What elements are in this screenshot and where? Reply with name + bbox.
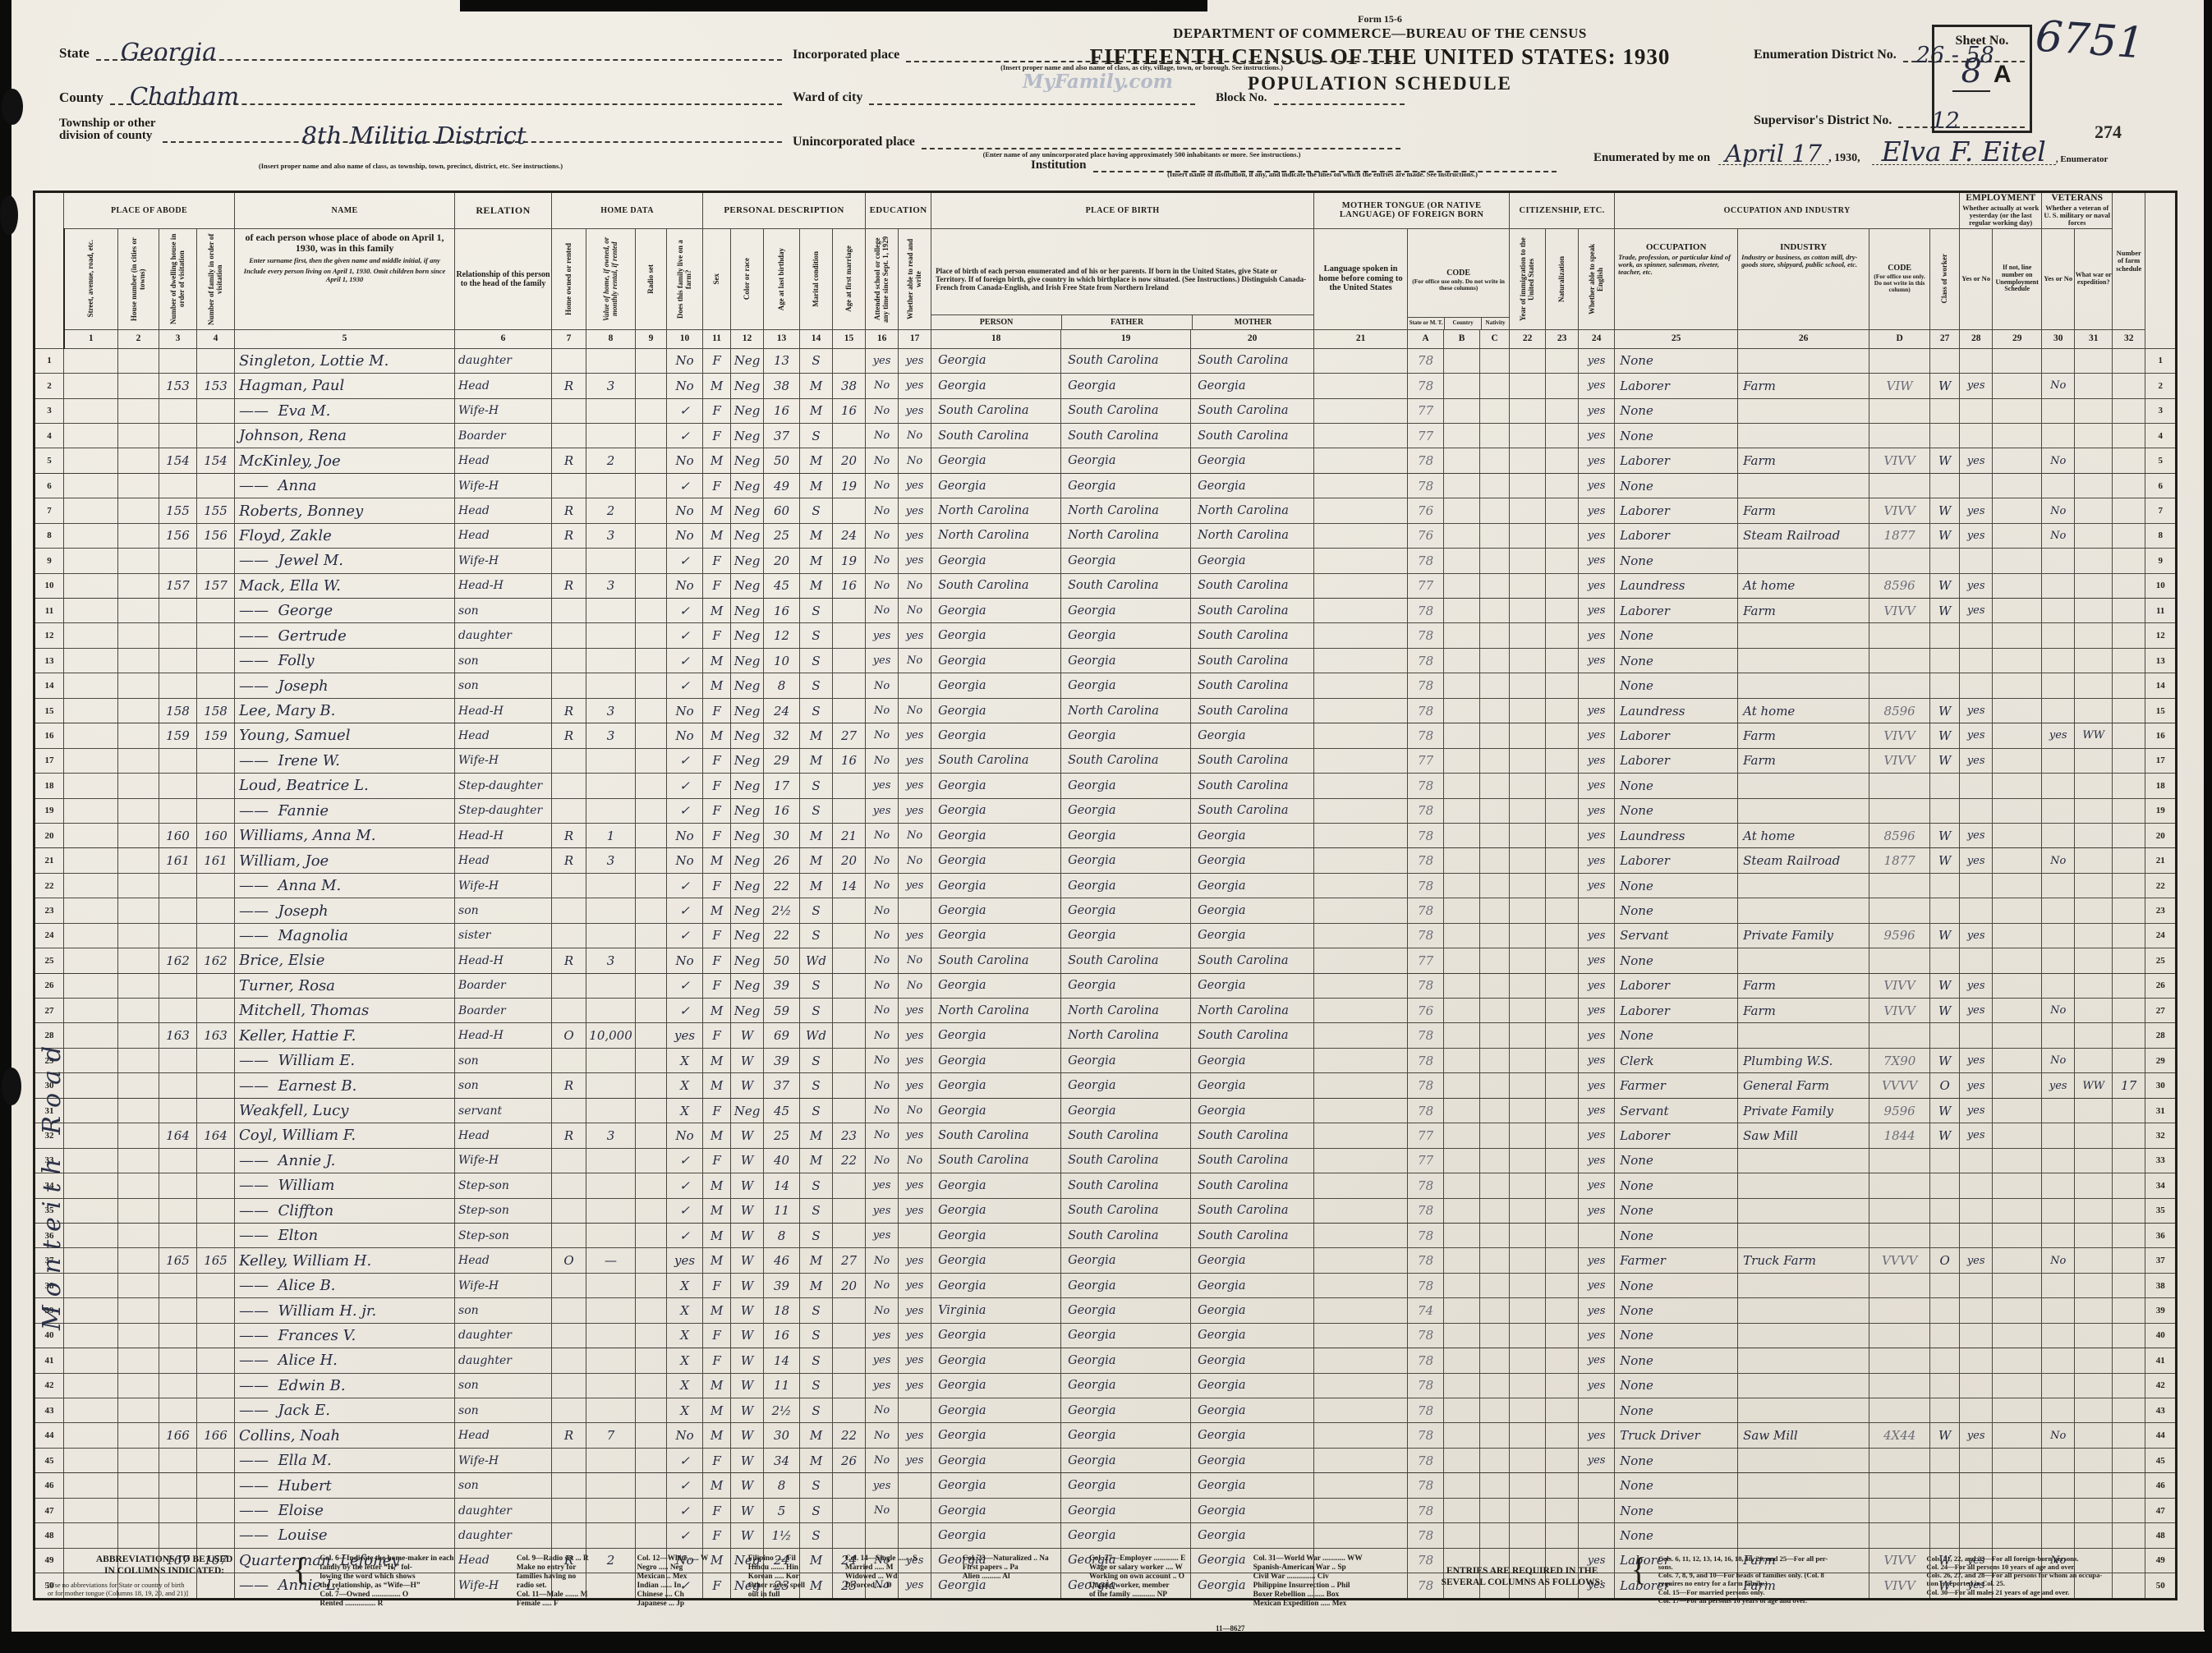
cell-age: 16 [764,599,800,623]
cell-naturalization [1546,1123,1579,1148]
cell-immigration-year [1510,1098,1546,1123]
cell-speak-english: yes [1579,1273,1615,1297]
col-dwelling-number: Number of dwelling house in order of vis… [159,228,197,329]
cell-code-nativity [1480,1048,1510,1072]
cell-school: No [866,848,899,873]
cell-marital: M [800,523,833,548]
cell-at-work: yes [1960,1073,1993,1098]
cell-relation: Head [455,1423,552,1448]
cell-unemployment-line [1993,1198,2042,1223]
cell-language [1314,498,1408,523]
cell-relation: son [455,898,552,923]
cell-line-number-right: 30 [2145,1073,2177,1098]
cell-relation: Head-H [455,948,552,973]
cell-unemployment-line [1993,1173,2042,1198]
cell-relation: Head-H [455,823,552,847]
cell-at-work: yes [1960,698,1993,723]
cell-speak-english [1579,673,1615,698]
table-row: 36 —— Elton Step-son ✓ M W 8 S yes Georg… [34,1223,2177,1247]
cell-code-country [1444,498,1480,523]
col-code-nativity: Nativity [1481,318,1509,329]
cell-line-number-right: 31 [2145,1098,2177,1123]
cell-veteran [2042,1173,2075,1198]
cell-occupation: Farmer [1615,1073,1738,1098]
cell-age: 24 [764,698,800,723]
cell-race: Neg [731,898,764,923]
cell-line-number-right: 15 [2145,698,2177,723]
cell-house-number [118,1248,159,1273]
cell-birthplace: Georgia [931,1023,1061,1048]
col-birth-mother: MOTHER [1192,315,1313,329]
cell-radio [636,623,667,648]
cell-naturalization [1546,1373,1579,1398]
cell-sex: F [703,1498,731,1522]
cell-house-number [118,1173,159,1198]
cell-farm-schedule [2113,549,2145,573]
cell-relation: Boarder [455,973,552,998]
cell-occupation: Truck Driver [1615,1423,1738,1448]
cell-code-state: 78 [1408,923,1444,948]
cell-veteran-war [2075,1323,2113,1348]
cell-birthplace: Georgia [931,1498,1061,1522]
cell-race: W [731,1273,764,1297]
cell-line-number-left: 6 [34,473,64,498]
group-name: NAME [235,192,455,229]
cell-read-write: yes [899,523,931,548]
cell-speak-english [1579,1473,1615,1498]
cell-veteran [2042,1523,2075,1548]
scan-edge-bottom [0,1632,2212,1653]
cell-code-country [1444,1073,1480,1098]
cell-line-number-left: 3 [34,398,64,423]
cell-line-number-right: 23 [2145,898,2177,923]
cell-family-number [197,973,235,998]
cell-birthplace: Georgia [931,1173,1061,1198]
cell-immigration-year [1510,498,1546,523]
cell-language [1314,448,1408,473]
cell-farm-schedule [2113,374,2145,398]
cell-immigration-year [1510,473,1546,498]
cell-school: No [866,549,899,573]
cell-marital: M [800,473,833,498]
cell-occupation: Laborer [1615,999,1738,1023]
cell-class-of-worker [1930,1298,1960,1323]
cell-mother-birthplace: South Carolina [1191,774,1314,798]
cell-farm-schedule [2113,1373,2145,1398]
cell-sex: M [703,498,731,523]
cell-class-of-worker: W [1930,823,1960,847]
cell-family-number [197,923,235,948]
cell-age: 37 [764,1073,800,1098]
cell-at-work: yes [1960,1248,1993,1273]
cell-code-nativity [1480,898,1510,923]
cell-birthplace: Georgia [931,1248,1061,1273]
cell-marital: M [800,1123,833,1148]
cell-class-of-worker [1930,648,1960,673]
cell-line-number-left: 19 [34,798,64,823]
cell-occupation-code: 1844 [1869,1123,1930,1148]
cell-street [64,898,118,923]
cell-farm: No [667,948,703,973]
cell-code-nativity [1480,1423,1510,1448]
cell-age: 25 [764,1123,800,1148]
cell-line-number-left: 13 [34,648,64,673]
cell-code-country [1444,1223,1480,1247]
cell-radio [636,473,667,498]
cell-mother-birthplace: Georgia [1191,1248,1314,1273]
cell-birthplace: Georgia [931,599,1061,623]
cell-industry: At home [1738,573,1869,598]
cell-read-write [899,1498,931,1522]
cell-mother-birthplace: Georgia [1191,1073,1314,1098]
institution-note: (Insert name of institution, if any, and… [1092,170,1552,178]
cell-line-number-right: 11 [2145,599,2177,623]
cell-age-married [833,1223,866,1247]
cell-home-value [586,973,636,998]
cell-read-write: yes [899,549,931,573]
cell-dwelling-number: 166 [159,1423,197,1448]
cell-naturalization [1546,1198,1579,1223]
cell-farm-schedule [2113,848,2145,873]
cell-at-work [1960,623,1993,648]
cell-code-nativity [1480,774,1510,798]
cell-veteran [2042,573,2075,598]
cell-name: —— Gertrude [235,623,455,648]
cell-farm: X [667,1298,703,1323]
cell-farm: X [667,1073,703,1098]
cell-industry [1738,348,1869,373]
cell-read-write: No [899,1148,931,1173]
cell-line-number-left: 44 [34,1423,64,1448]
cell-father-birthplace: North Carolina [1061,523,1191,548]
cell-age-married [833,1498,866,1522]
cell-line-number-left: 28 [34,1023,64,1048]
cell-father-birthplace: South Carolina [1061,1198,1191,1223]
cell-unemployment-line [1993,748,2042,773]
cell-industry [1738,1398,1869,1423]
cell-unemployment-line [1993,1448,2042,1472]
cell-occupation-code [1869,1198,1930,1223]
cell-industry [1738,1523,1869,1548]
cell-class-of-worker [1930,798,1960,823]
cell-at-work: yes [1960,823,1993,847]
cell-house-number [118,1423,159,1448]
col-place-of-birth: Place of birth of each person enumerated… [931,228,1314,329]
cell-sex: M [703,374,731,398]
cell-age: 49 [764,473,800,498]
cell-street [64,573,118,598]
cell-age-married [833,1523,866,1548]
cell-occupation: Clerk [1615,1048,1738,1072]
cell-radio [636,1373,667,1398]
col-relation-desc: Relationship of this person to the head … [455,228,552,329]
cell-school: No [866,1023,899,1048]
cell-veteran-war [2075,398,2113,423]
cell-family-number [197,398,235,423]
cell-birthplace: Georgia [931,1348,1061,1373]
cell-marital: S [800,973,833,998]
cell-veteran-war [2075,798,2113,823]
cell-radio [636,1048,667,1072]
cell-code-nativity [1480,1098,1510,1123]
cell-speak-english: yes [1579,1073,1615,1098]
cell-occupation: Laborer [1615,973,1738,998]
cell-read-write [899,673,931,698]
cell-birthplace: Georgia [931,448,1061,473]
cell-read-write: yes [899,999,931,1023]
cell-relation: Head [455,1248,552,1273]
cell-radio [636,1023,667,1048]
cell-marital: S [800,999,833,1023]
cell-home-owned: R [552,498,586,523]
cell-name: —— Jack E. [235,1398,455,1423]
table-row: 19 —— Fannie Step-daughter ✓ F Neg 16 S … [34,798,2177,823]
cell-race: W [731,1473,764,1498]
cell-street [64,1348,118,1373]
cell-language [1314,1373,1408,1398]
cell-sex: M [703,599,731,623]
cell-age-married: 27 [833,1248,866,1273]
line-number-header-right [2145,192,2177,349]
cell-industry [1738,1323,1869,1348]
cell-immigration-year [1510,1148,1546,1173]
cell-age: 8 [764,1473,800,1498]
cell-dwelling-number [159,473,197,498]
cell-house-number [118,1198,159,1223]
cell-code-country [1444,1198,1480,1223]
cell-at-work: yes [1960,448,1993,473]
col-code-country: Country [1444,318,1481,329]
cell-industry: Farm [1738,723,1869,748]
cell-family-number: 162 [197,948,235,973]
cell-home-value: 3 [586,1123,636,1148]
cell-read-write: yes [899,398,931,423]
cell-relation: daughter [455,1523,552,1548]
cell-class-of-worker [1930,898,1960,923]
cell-veteran-war [2075,848,2113,873]
cell-veteran: No [2042,374,2075,398]
cell-occupation: None [1615,1473,1738,1498]
cell-school: No [866,498,899,523]
cell-name: —— Eva M. [235,398,455,423]
cell-radio [636,823,667,847]
col-unemployment-line: If not, line number on Unemployment Sche… [1993,228,2042,329]
cell-father-birthplace: Georgia [1061,448,1191,473]
group-occupation-industry: OCCUPATION AND INDUSTRY [1615,192,1960,229]
cell-code-nativity [1480,1473,1510,1498]
form-number: Form 15-6 [994,13,1766,25]
footer-legend: ABBREVIATIONS TO BE USED IN COLUMNS INDI… [48,1554,2183,1609]
cell-name: —— Magnolia [235,923,455,948]
cell-line-number-right: 35 [2145,1198,2177,1223]
cell-radio [636,1498,667,1522]
cell-farm-schedule [2113,973,2145,998]
cell-occupation: None [1615,673,1738,698]
cell-veteran [2042,1398,2075,1423]
cell-unemployment-line [1993,999,2042,1023]
cell-race: W [731,1448,764,1472]
cell-house-number [118,448,159,473]
cell-language [1314,599,1408,623]
cell-code-state: 76 [1408,523,1444,548]
cell-school: No [866,1423,899,1448]
cell-marital: S [800,1073,833,1098]
cell-street [64,1273,118,1297]
cell-name: —— William H. jr. [235,1298,455,1323]
cell-dwelling-number [159,973,197,998]
group-place-of-birth: PLACE OF BIRTH [931,192,1314,229]
cell-code-state: 78 [1408,1423,1444,1448]
cell-dwelling-number: 164 [159,1123,197,1148]
cell-sex: F [703,923,731,948]
cell-line-number-right: 38 [2145,1273,2177,1297]
cell-street [64,523,118,548]
cell-occupation-code: 4X44 [1869,1423,1930,1448]
cell-name: —— Alice H. [235,1348,455,1373]
cell-unemployment-line [1993,498,2042,523]
cell-home-value [586,348,636,373]
cell-code-state: 76 [1408,999,1444,1023]
cell-language [1314,1498,1408,1522]
cell-occupation: Laborer [1615,523,1738,548]
cell-class-of-worker [1930,1498,1960,1522]
cell-marital: S [800,698,833,723]
cell-sex: M [703,1223,731,1247]
cell-line-number-right: 17 [2145,748,2177,773]
cell-father-birthplace: Georgia [1061,723,1191,748]
table-row: 29 —— William E. son X M W 39 S No yes G… [34,1048,2177,1072]
col-num: 20 [1191,329,1314,348]
handwritten-sheet-stamp: 6751 [2035,17,2145,63]
cell-veteran-war [2075,973,2113,998]
cell-street [64,999,118,1023]
cell-line-number-right: 7 [2145,498,2177,523]
cell-unemployment-line [1993,423,2042,448]
table-row: 2 153 153 Hagman, Paul Head R 3 No M Neg… [34,374,2177,398]
cell-line-number-right: 4 [2145,423,2177,448]
cell-line-number-right: 2 [2145,374,2177,398]
cell-language [1314,398,1408,423]
cell-immigration-year [1510,1123,1546,1148]
block-label: Block No. [1216,92,1267,105]
col-house-number: House number (in cities or towns) [118,228,159,329]
cell-sex: M [703,1123,731,1148]
cell-farm: No [667,448,703,473]
cell-age-married [833,1198,866,1223]
cell-school: No [866,448,899,473]
cell-unemployment-line [1993,648,2042,673]
cell-farm: yes [667,1023,703,1048]
cell-naturalization [1546,623,1579,648]
cell-race: Neg [731,473,764,498]
cell-code-state: 78 [1408,698,1444,723]
cell-street [64,648,118,673]
cell-occupation-code [1869,1298,1930,1323]
cell-dwelling-number [159,1523,197,1548]
col-home-value: Value of home, if owned, or monthly rent… [586,228,636,329]
cell-immigration-year [1510,1373,1546,1398]
cell-line-number-right: 41 [2145,1348,2177,1373]
cell-street [64,1448,118,1472]
cell-sex: F [703,573,731,598]
cell-age-married [833,1323,866,1348]
cell-occupation: None [1615,798,1738,823]
cell-race: Neg [731,423,764,448]
cell-sex: F [703,748,731,773]
cell-sex: M [703,723,731,748]
cell-speak-english: yes [1579,723,1615,748]
cell-code-state: 78 [1408,1198,1444,1223]
cell-read-write: yes [899,623,931,648]
cell-name: —— George [235,599,455,623]
legend-col6: Col. 6—Indicate the home-maker in each f… [320,1554,504,1609]
cell-industry [1738,1198,1869,1223]
cell-immigration-year [1510,1423,1546,1448]
cell-birthplace: Georgia [931,1073,1061,1098]
hole-punch [2,89,23,125]
legend-col12b: Filipino ..... Fil Hindu ....... Hin Kor… [748,1554,834,1600]
cell-farm: ✓ [667,473,703,498]
cell-occupation: None [1615,348,1738,373]
cell-naturalization [1546,1398,1579,1423]
cell-name: Turner, Rosa [235,973,455,998]
cell-mother-birthplace: Georgia [1191,1373,1314,1398]
cell-age-married: 23 [833,1123,866,1148]
cell-name: —— Cliffton [235,1198,455,1223]
cell-farm-schedule [2113,1248,2145,1273]
cell-home-value [586,398,636,423]
col-num: 21 [1314,329,1408,348]
cell-unemployment-line [1993,1398,2042,1423]
cell-speak-english: yes [1579,798,1615,823]
col-num: 14 [800,329,833,348]
cell-veteran [2042,549,2075,573]
cell-sex: M [703,999,731,1023]
table-row: 17 —— Irene W. Wife-H ✓ F Neg 29 M 16 No… [34,748,2177,773]
cell-at-work: yes [1960,1098,1993,1123]
cell-veteran-war [2075,1423,2113,1448]
cell-class-of-worker [1930,1198,1960,1223]
cell-industry: Farm [1738,599,1869,623]
cell-code-country [1444,848,1480,873]
cell-dwelling-number [159,1073,197,1098]
col-street: Street, avenue, road, etc. [64,228,118,329]
cell-relation: son [455,1298,552,1323]
cell-marital: S [800,898,833,923]
cell-occupation: None [1615,774,1738,798]
cell-farm: No [667,573,703,598]
cell-language [1314,623,1408,648]
cell-code-nativity [1480,348,1510,373]
cell-farm: No [667,723,703,748]
cell-mother-birthplace: South Carolina [1191,599,1314,623]
cell-code-state: 78 [1408,348,1444,373]
cell-relation: daughter [455,623,552,648]
cell-father-birthplace: South Carolina [1061,948,1191,973]
cell-school: No [866,1398,899,1423]
cell-occupation-code [1869,423,1930,448]
cell-veteran [2042,1198,2075,1223]
cell-veteran-war [2075,1198,2113,1223]
cell-at-work: yes [1960,748,1993,773]
table-row: 21 161 161 William, Joe Head R 3 No M Ne… [34,848,2177,873]
cell-code-country [1444,1123,1480,1148]
col-read-write: Whether able to read and write [899,228,931,329]
cell-street [64,923,118,948]
cell-school: No [866,1148,899,1173]
table-row: 44 166 166 Collins, Noah Head R 7 No M W… [34,1423,2177,1448]
cell-code-state: 78 [1408,473,1444,498]
